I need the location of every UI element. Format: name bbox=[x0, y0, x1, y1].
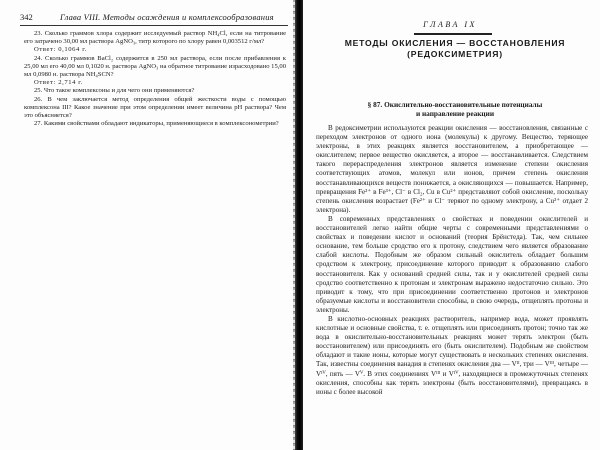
running-header: 342 Глава VIII. Методы осаждения и компл… bbox=[20, 10, 286, 24]
exercise-list: 23. Сколько граммов хлора содержит иссле… bbox=[24, 30, 286, 128]
exercise-27: 27. Какими свойствами обладают индикатор… bbox=[24, 120, 286, 128]
chapter-title-line2: (РЕДОКСИМЕТРИЯ) bbox=[340, 49, 570, 60]
section-heading-line1: § 87. Окислительно-восстановительные пот… bbox=[340, 100, 570, 109]
exercise-25: 25. Что такое комплексоны и для чего они… bbox=[24, 87, 286, 95]
paragraph-1: В редоксиметрии используются реакции оки… bbox=[316, 124, 588, 215]
exercise-23: 23. Сколько граммов хлора содержит иссле… bbox=[24, 30, 286, 46]
paragraph-3: В кислотно-основных реакциях растворител… bbox=[316, 315, 588, 397]
chapter-title: МЕТОДЫ ОКИСЛЕНИЯ — ВОССТАНОВЛЕНИЯ (РЕДОК… bbox=[340, 38, 570, 60]
answer-23: Ответ: 0,1064 г. bbox=[24, 46, 286, 54]
page-number: 342 bbox=[20, 12, 33, 22]
header-rule bbox=[20, 25, 288, 26]
running-header-title: Глава VIII. Методы осаждения и комплексо… bbox=[60, 12, 274, 22]
exercise-24: 24. Сколько граммов BaCl₂ содержится в 2… bbox=[24, 55, 286, 80]
answer-24: Ответ: 2,714 г. bbox=[24, 79, 286, 87]
section-heading: § 87. Окислительно-восстановительные пот… bbox=[340, 100, 570, 118]
paragraph-2: В современных представлениях о свойствах… bbox=[316, 215, 588, 315]
chapter-label: ГЛАВА IX bbox=[380, 20, 520, 29]
body-text: В редоксиметрии используются реакции оки… bbox=[316, 124, 588, 397]
exercise-26: 26. В чем заключается метод определения … bbox=[24, 96, 286, 121]
book-spine bbox=[295, 0, 303, 450]
chapter-rule bbox=[414, 33, 492, 35]
section-heading-line2: и направление реакции bbox=[340, 109, 570, 118]
chapter-title-line1: МЕТОДЫ ОКИСЛЕНИЯ — ВОССТАНОВЛЕНИЯ bbox=[340, 38, 570, 49]
